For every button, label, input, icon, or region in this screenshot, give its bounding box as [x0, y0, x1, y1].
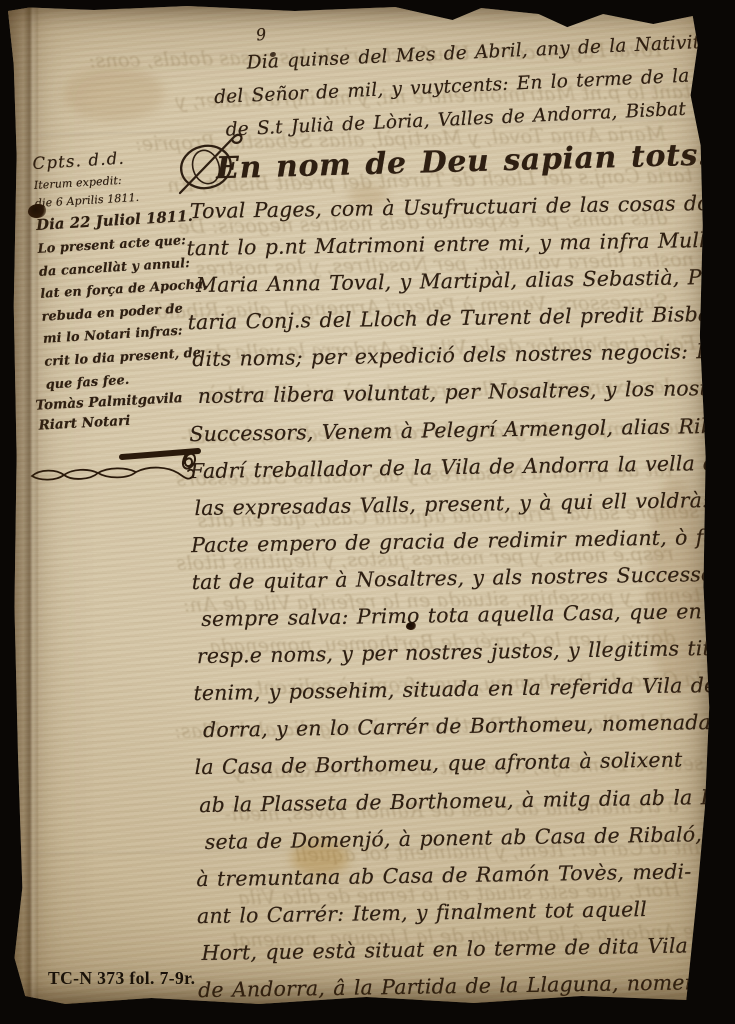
deed-text-line: de Andorra, â la Partida de la Llaguna, …: [198, 964, 729, 1009]
ink-blot: [406, 622, 416, 630]
folio-number: 7: [703, 58, 713, 73]
manuscript-page: Toval Pages, com à Usufructuari de las c…: [8, 5, 725, 1008]
ink-blot: [28, 204, 46, 218]
margin-cancellation-note: Cpts. d.d.Iterum expedit:die 6 Aprilis 1…: [32, 141, 211, 397]
paper-stain: [64, 67, 164, 121]
archive-reference-label: TC-N 373 fol. 7-9r.: [48, 968, 195, 989]
manuscript-scan: { "page": { "folio_number": "7", "archiv…: [0, 0, 735, 1024]
deed-body-text: Toval Pages, com à Usufructuari de las c…: [186, 185, 729, 1009]
ink-blot: [270, 52, 276, 57]
superscript-flourish: 9: [255, 24, 268, 44]
date-preamble: Dia quinse del Mes de Abril, any de la N…: [212, 26, 706, 147]
